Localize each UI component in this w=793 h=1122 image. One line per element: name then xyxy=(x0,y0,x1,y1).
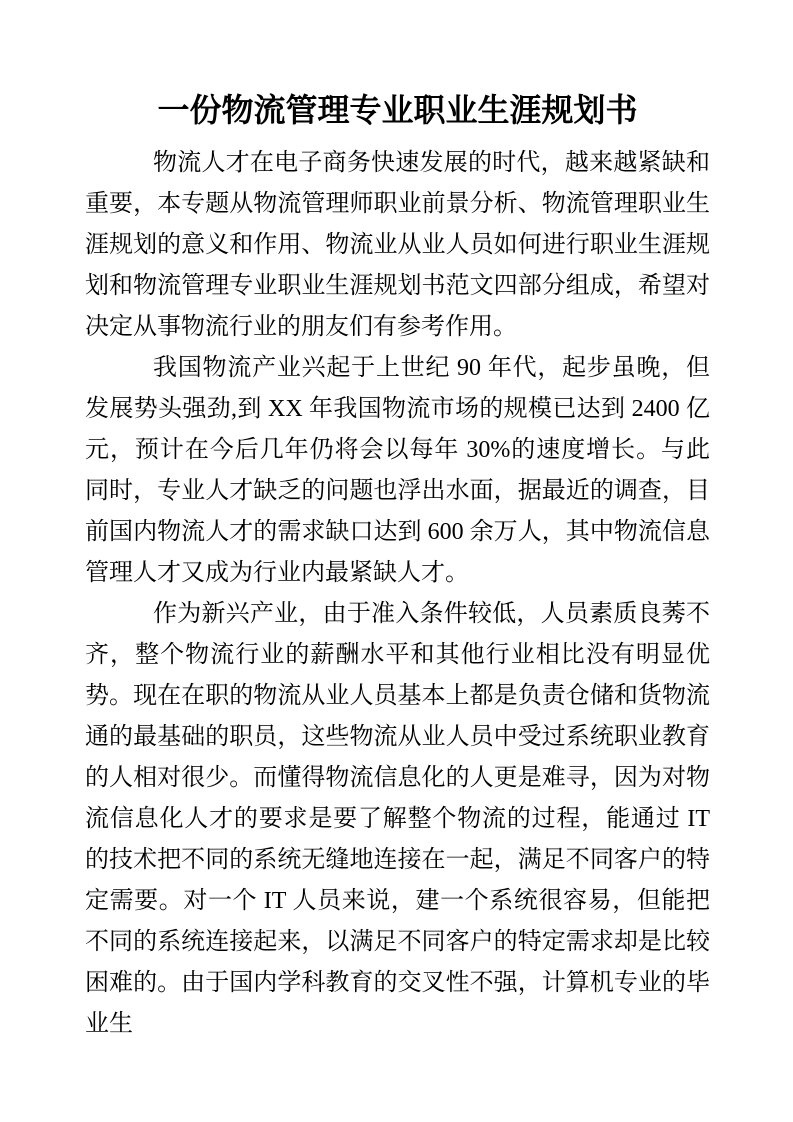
paragraph-talent-gap: 作为新兴产业，由于准入条件较低，人员素质良莠不齐，整个物流行业的薪酬水平和其他行… xyxy=(85,594,710,1045)
paragraph-industry-growth: 我国物流产业兴起于上世纪 90 年代，起步虽晚，但发展势头强劲,到 XX 年我国… xyxy=(85,348,710,594)
document-title: 一份物流管理专业职业生涯规划书 xyxy=(85,86,710,134)
document-page: 一份物流管理专业职业生涯规划书 物流人才在电子商务快速发展的时代，越来越紧缺和重… xyxy=(0,0,793,1122)
page-content: 一份物流管理专业职业生涯规划书 物流人才在电子商务快速发展的时代，越来越紧缺和重… xyxy=(85,86,710,1045)
paragraph-intro: 物流人才在电子商务快速发展的时代，越来越紧缺和重要，本专题从物流管理师职业前景分… xyxy=(85,143,710,348)
